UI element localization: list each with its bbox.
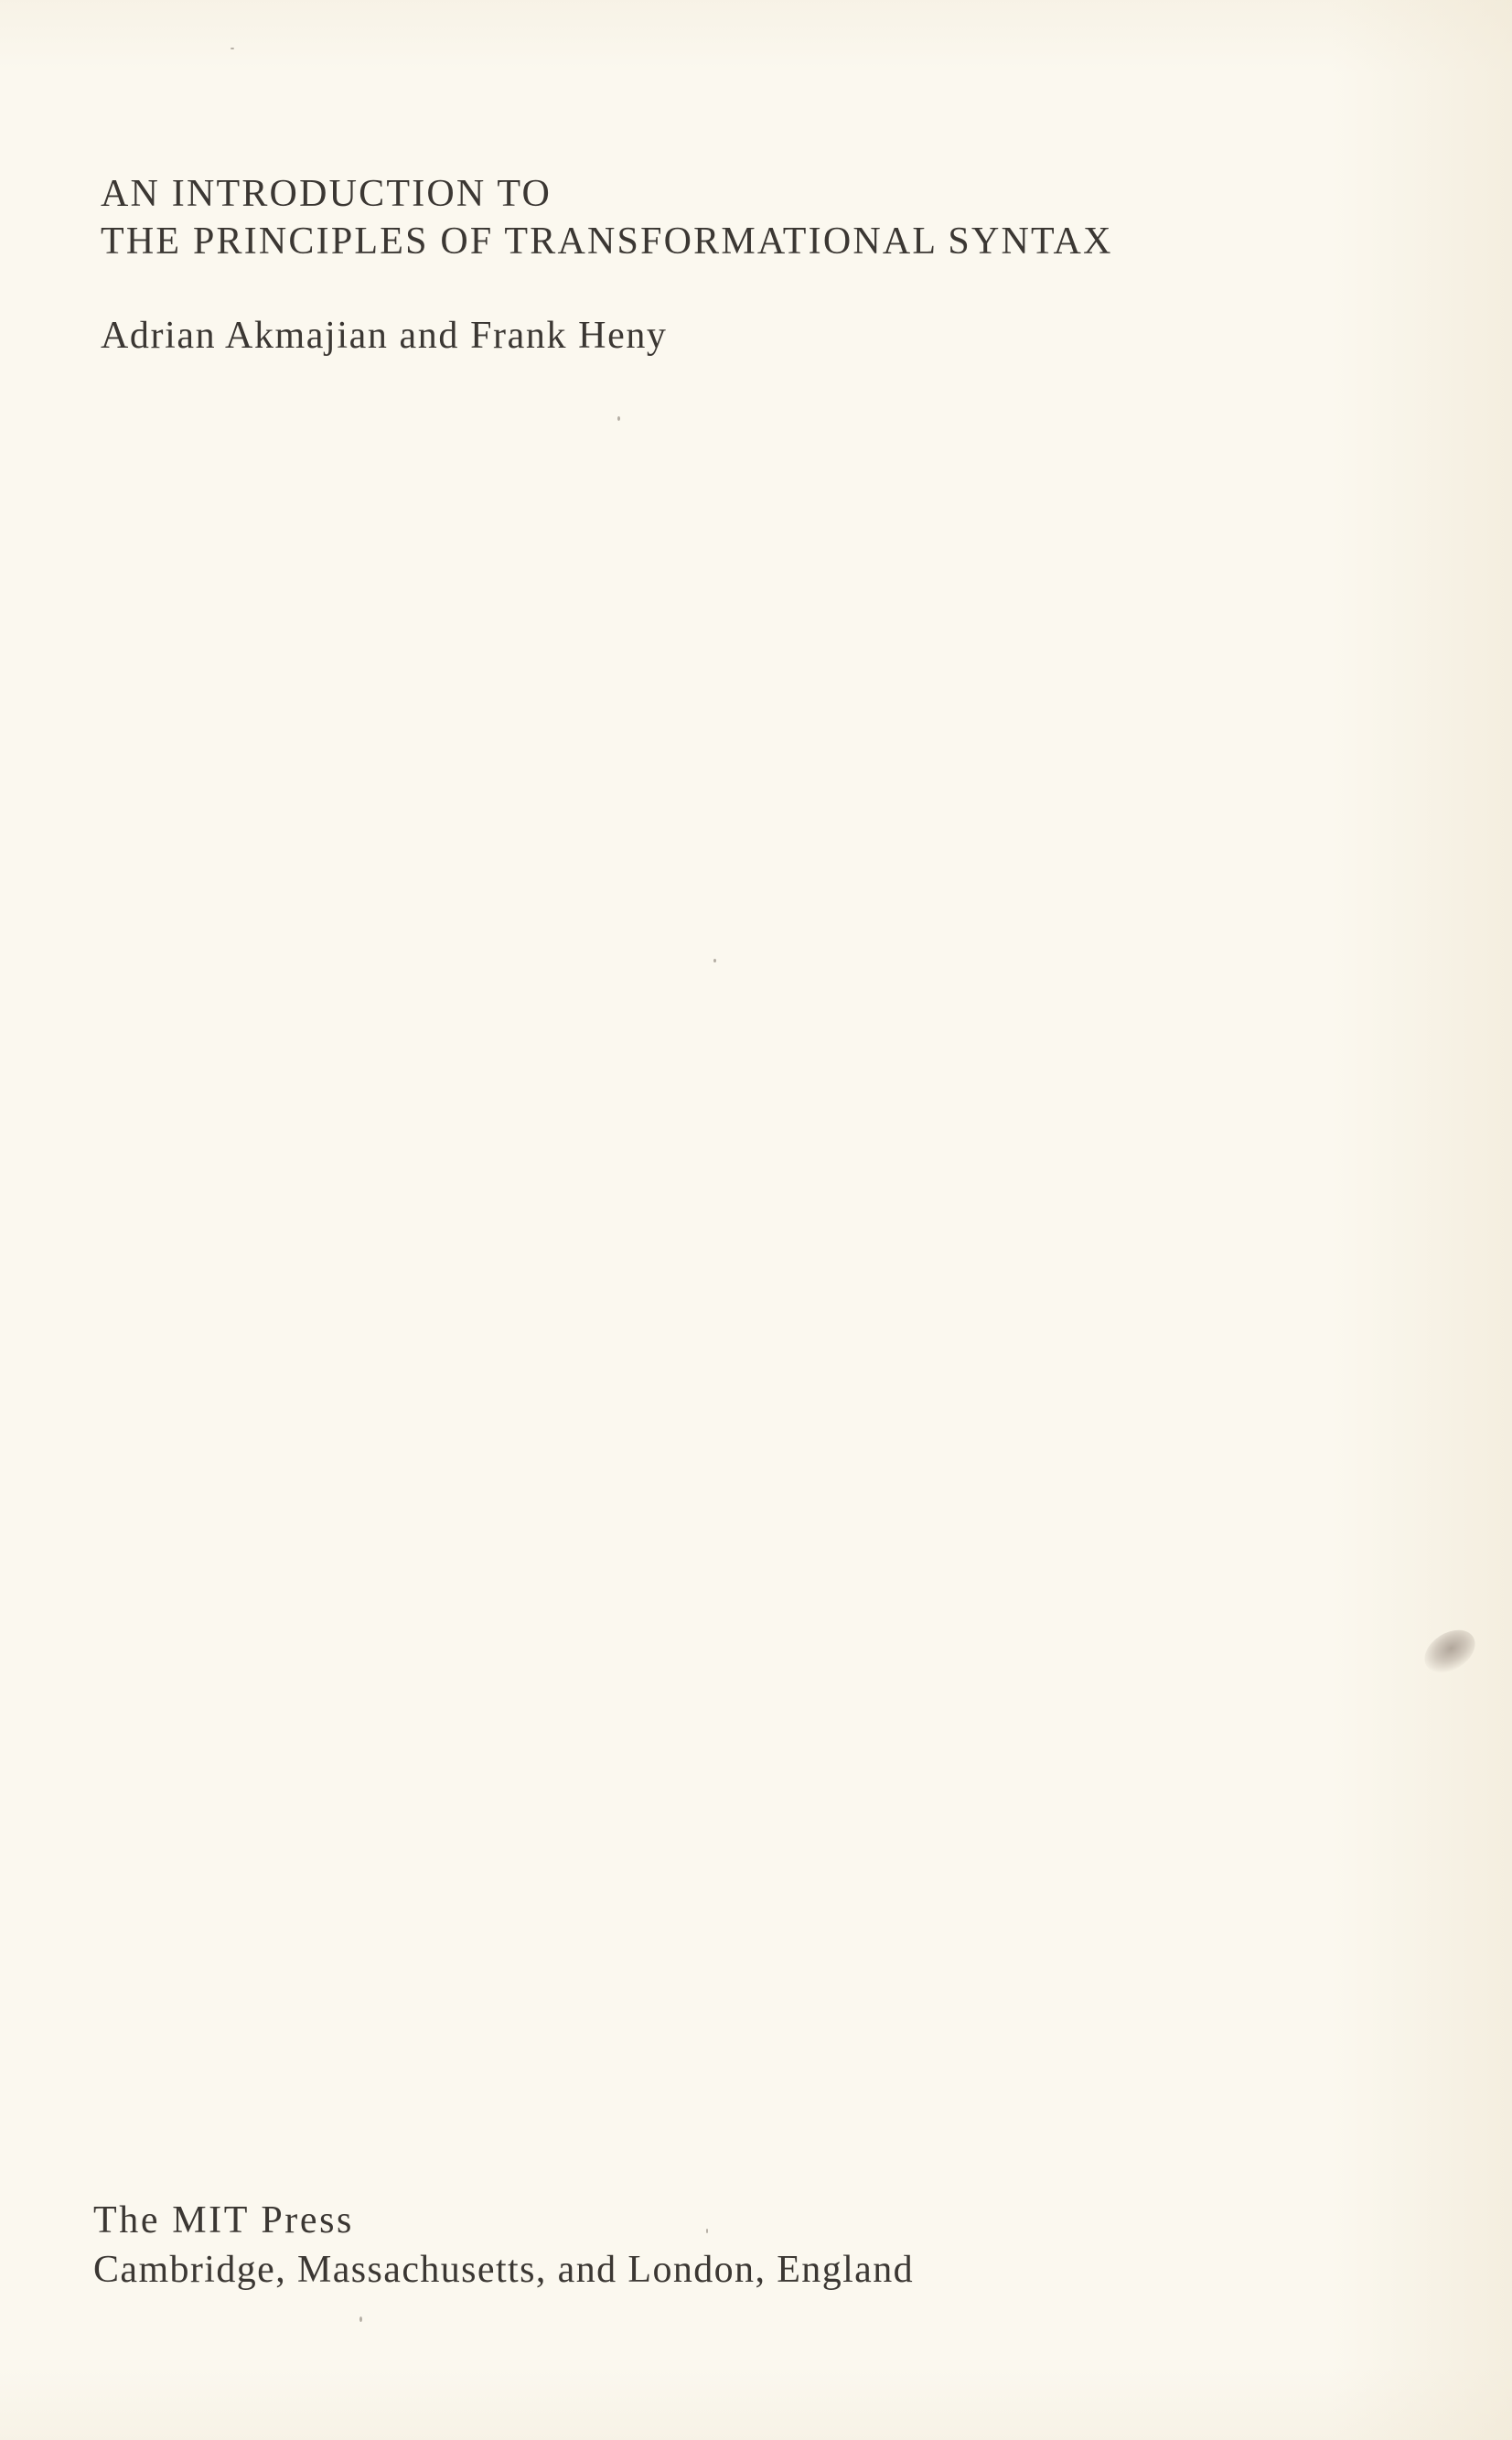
- paper-speck: [359, 2316, 362, 2322]
- paper-speck: [231, 48, 234, 49]
- paper-speck: [617, 416, 620, 421]
- book-title-line-2: THE PRINCIPLES OF TRANSFORMATIONAL SYNTA…: [101, 222, 1113, 261]
- book-authors: Adrian Akmajian and Frank Heny: [101, 317, 668, 355]
- title-page: AN INTRODUCTION TO THE PRINCIPLES OF TRA…: [0, 0, 1512, 2440]
- paper-speck: [706, 2229, 708, 2233]
- book-title-line-1: AN INTRODUCTION TO: [101, 175, 552, 213]
- publisher-place: Cambridge, Massachusetts, and London, En…: [93, 2251, 914, 2289]
- paper-speck: [713, 959, 716, 962]
- publisher-name: The MIT Press: [93, 2201, 354, 2240]
- ink-smudge: [1417, 1621, 1483, 1682]
